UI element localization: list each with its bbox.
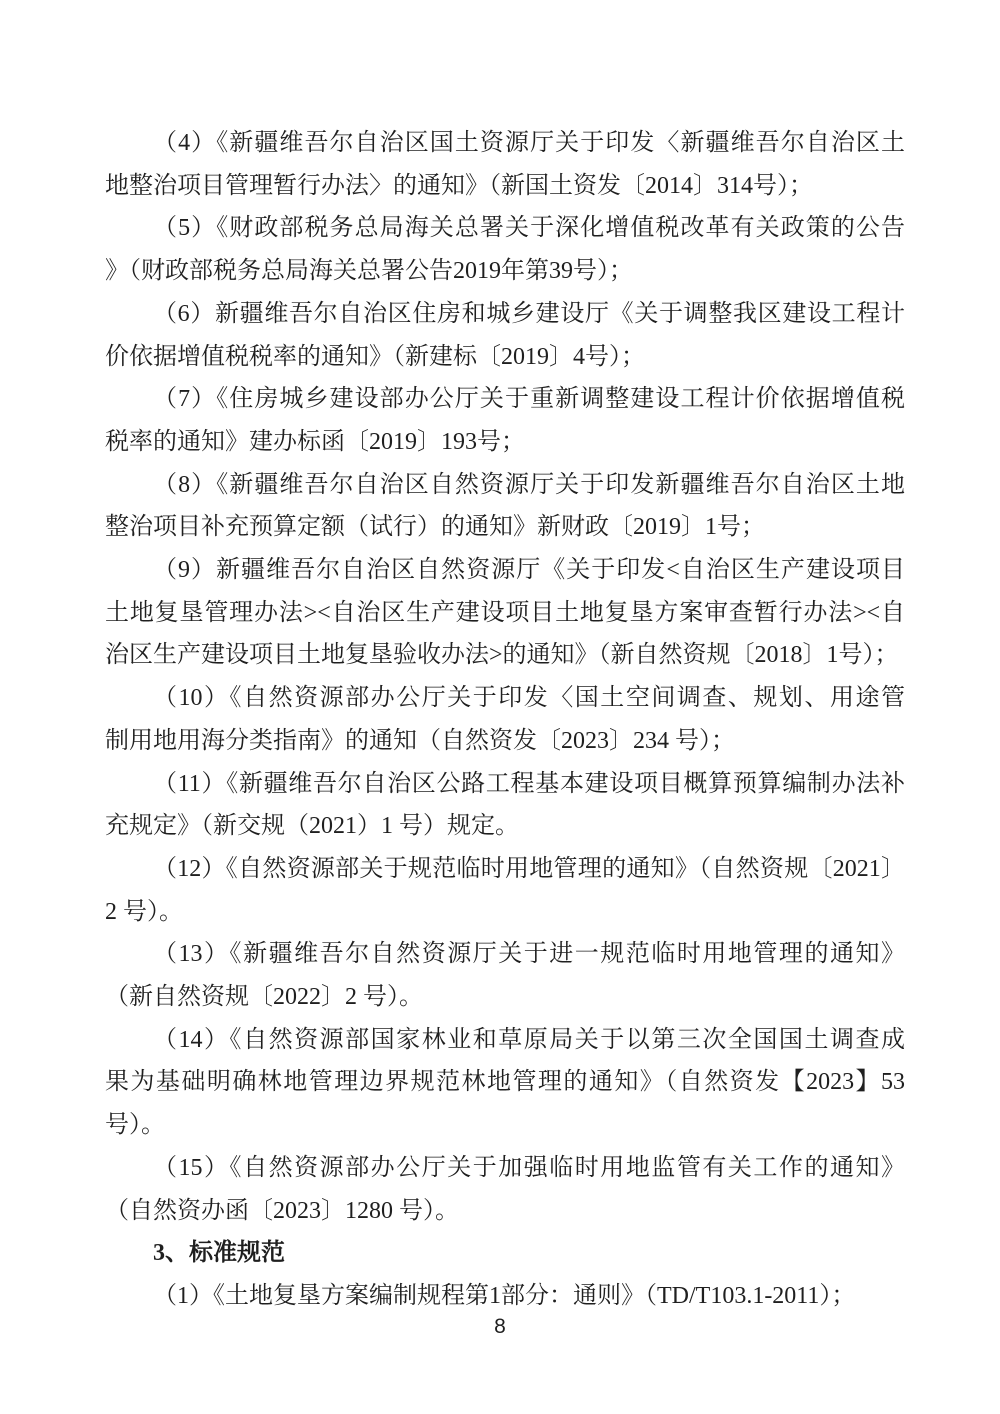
paragraph-item-12-line-1: （12）《自然资源部关于规范临时用地管理的通知》（自然资规〔2021〕 bbox=[105, 848, 905, 891]
paragraph-item-5-line-1: （5）《财政部税务总局海关总署关于深化增值税改革有关政策的公告 bbox=[105, 207, 905, 250]
paragraph-item-9: （9）新疆维吾尔自治区自然资源厅《关于印发<自治区生产建设项目土地复垦管理办法>… bbox=[105, 549, 905, 677]
paragraph-item-4: （4）《新疆维吾尔自治区国土资源厅关于印发〈新疆维吾尔自治区土地整治项目管理暂行… bbox=[105, 122, 905, 207]
paragraph-item-10: （10）《自然资源部办公厅关于印发〈国土空间调查、规划、用途管制用地用海分类指南… bbox=[105, 677, 905, 762]
paragraph-item-15: （15）《自然资源部办公厅关于加强临时用地监管有关工作的通知》（自然资办函〔20… bbox=[105, 1147, 905, 1232]
paragraph-item-11-line-2: 充规定》（新交规（2021）1 号）规定。 bbox=[105, 805, 905, 848]
paragraph-item-10-line-2: 制用地用海分类指南》的通知（自然资发〔2023〕234 号）； bbox=[105, 720, 905, 763]
paragraph-item-9-line-3: 治区生产建设项目土地复垦验收办法>的通知》（新自然资规〔2018〕1号）； bbox=[105, 634, 905, 677]
document-page: （4）《新疆维吾尔自治区国土资源厅关于印发〈新疆维吾尔自治区土地整治项目管理暂行… bbox=[0, 0, 1000, 1414]
document-body: （4）《新疆维吾尔自治区国土资源厅关于印发〈新疆维吾尔自治区土地整治项目管理暂行… bbox=[105, 122, 905, 1318]
paragraph-item-6-line-1: （6）新疆维吾尔自治区住房和城乡建设厅《关于调整我区建设工程计 bbox=[105, 293, 905, 336]
paragraph-item-10-line-1: （10）《自然资源部办公厅关于印发〈国土空间调查、规划、用途管 bbox=[105, 677, 905, 720]
paragraph-heading-standards: 3、标准规范 bbox=[105, 1232, 905, 1275]
paragraph-item-13-line-1: （13）《新疆维吾尔自然资源厅关于进一规范临时用地管理的通知》 bbox=[105, 933, 905, 976]
paragraph-item-14-line-2: 果为基础明确林地管理边界规范林地管理的通知》（自然资发【2023】53 bbox=[105, 1061, 905, 1104]
paragraph-item-6: （6）新疆维吾尔自治区住房和城乡建设厅《关于调整我区建设工程计价依据增值税税率的… bbox=[105, 293, 905, 378]
paragraph-item-13: （13）《新疆维吾尔自然资源厅关于进一规范临时用地管理的通知》（新自然资规〔20… bbox=[105, 933, 905, 1018]
paragraph-item-7: （7）《住房城乡建设部办公厅关于重新调整建设工程计价依据增值税税率的通知》建办标… bbox=[105, 378, 905, 463]
page-number: 8 bbox=[0, 1312, 1000, 1342]
paragraph-item-14: （14）《自然资源部国家林业和草原局关于以第三次全国国土调查成果为基础明确林地管… bbox=[105, 1019, 905, 1147]
paragraph-item-12: （12）《自然资源部关于规范临时用地管理的通知》（自然资规〔2021〕2 号）。 bbox=[105, 848, 905, 933]
paragraph-item-7-line-2: 税率的通知》建办标函〔2019〕193号； bbox=[105, 421, 905, 464]
paragraph-item-9-line-2: 土地复垦管理办法><自治区生产建设项目土地复垦方案审查暂行办法><自 bbox=[105, 592, 905, 635]
paragraph-item-8-line-1: （8）《新疆维吾尔自治区自然资源厅关于印发新疆维吾尔自治区土地 bbox=[105, 464, 905, 507]
paragraph-item-11: （11）《新疆维吾尔自治区公路工程基本建设项目概算预算编制办法补充规定》（新交规… bbox=[105, 763, 905, 848]
paragraph-item-11-line-1: （11）《新疆维吾尔自治区公路工程基本建设项目概算预算编制办法补 bbox=[105, 763, 905, 806]
paragraph-item-15-line-2: （自然资办函〔2023〕1280 号）。 bbox=[105, 1190, 905, 1233]
paragraph-item-8-line-2: 整治项目补充预算定额（试行）的通知》新财政〔2019〕1号； bbox=[105, 506, 905, 549]
paragraph-item-14-line-1: （14）《自然资源部国家林业和草原局关于以第三次全国国土调查成 bbox=[105, 1019, 905, 1062]
paragraph-item-13-line-2: （新自然资规〔2022〕2 号）。 bbox=[105, 976, 905, 1019]
paragraph-item-12-line-2: 2 号）。 bbox=[105, 891, 905, 934]
paragraph-item-6-line-2: 价依据增值税税率的通知》（新建标〔2019〕4号）； bbox=[105, 336, 905, 379]
paragraph-item-14-line-3: 号）。 bbox=[105, 1104, 905, 1147]
paragraph-item-9-line-1: （9）新疆维吾尔自治区自然资源厅《关于印发<自治区生产建设项目 bbox=[105, 549, 905, 592]
paragraph-heading-standards-line-1: 3、标准规范 bbox=[105, 1232, 905, 1275]
paragraph-item-4-line-1: （4）《新疆维吾尔自治区国土资源厅关于印发〈新疆维吾尔自治区土 bbox=[105, 122, 905, 165]
paragraph-item-5-line-2: 》（财政部税务总局海关总署公告2019年第39号）； bbox=[105, 250, 905, 293]
paragraph-item-15-line-1: （15）《自然资源部办公厅关于加强临时用地监管有关工作的通知》 bbox=[105, 1147, 905, 1190]
paragraph-item-5: （5）《财政部税务总局海关总署关于深化增值税改革有关政策的公告》（财政部税务总局… bbox=[105, 207, 905, 292]
paragraph-item-8: （8）《新疆维吾尔自治区自然资源厅关于印发新疆维吾尔自治区土地整治项目补充预算定… bbox=[105, 464, 905, 549]
paragraph-item-4-line-2: 地整治项目管理暂行办法〉的通知》（新国土资发〔2014〕314号）； bbox=[105, 165, 905, 208]
paragraph-item-7-line-1: （7）《住房城乡建设部办公厅关于重新调整建设工程计价依据增值税 bbox=[105, 378, 905, 421]
